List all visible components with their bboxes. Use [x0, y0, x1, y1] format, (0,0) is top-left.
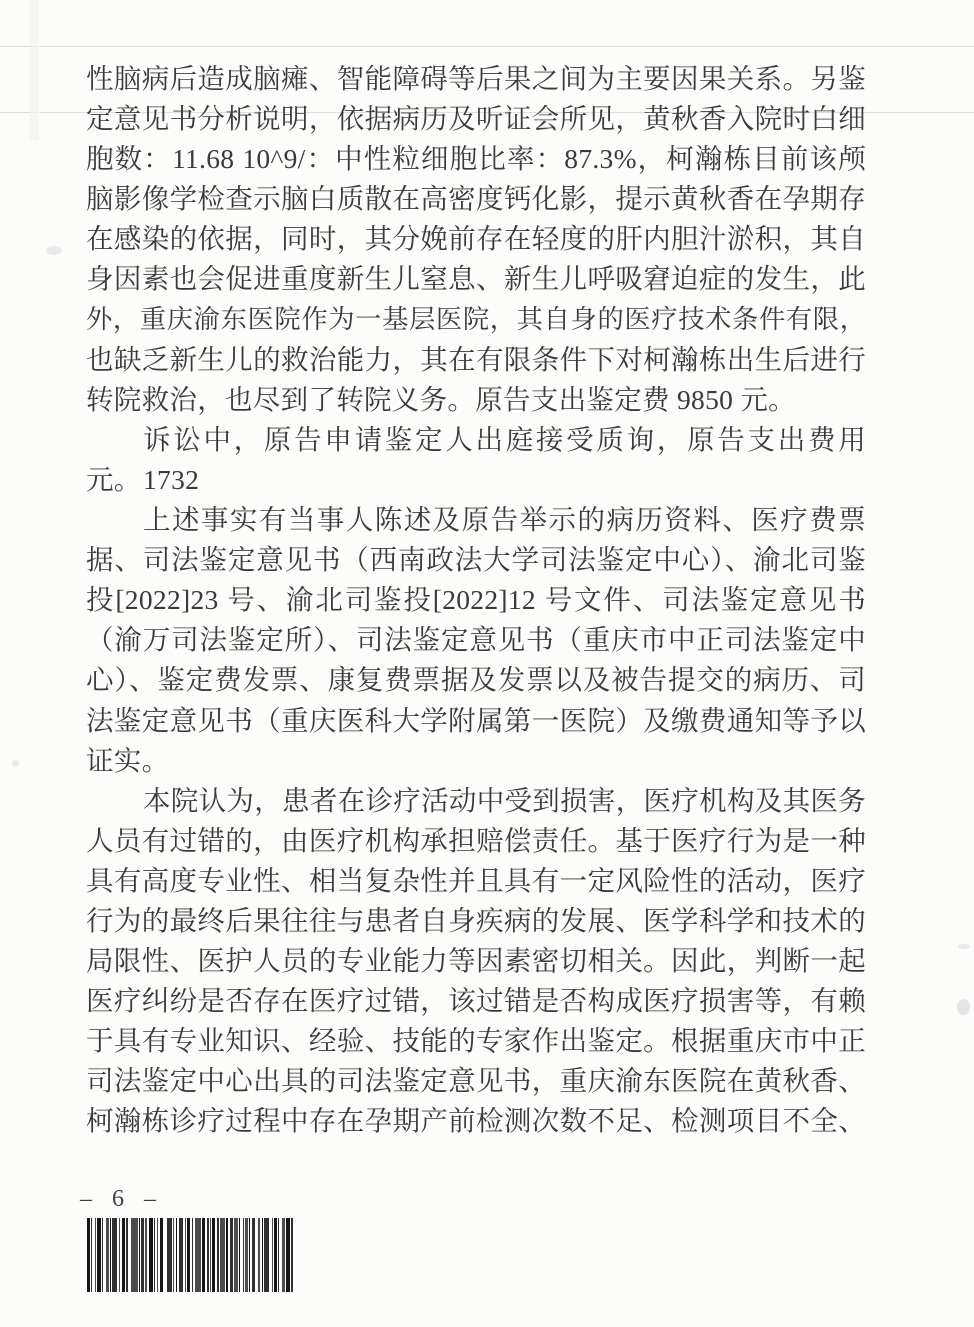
- text-line: 柯瀚栋诊疗过程中存在孕期产前检测次数不足、检测项目不全、: [86, 1101, 866, 1141]
- text-line: 性脑病后造成脑瘫、智能障碍等后果之间为主要因果关系。另鉴: [86, 59, 866, 99]
- text-line: 法鉴定意见书（重庆医科大学附属第一医院）及缴费通知等予以: [86, 701, 866, 741]
- scan-artifact-line: [0, 46, 974, 47]
- scan-smudge: [30, 0, 39, 140]
- text-line: 身因素也会促进重度新生儿窒息、新生儿呼吸窘迫症的发生，此: [86, 259, 866, 299]
- scan-smudge: [958, 944, 970, 949]
- text-line: 行为的最终后果往往与患者自身疾病的发展、医学科学和技术的: [86, 901, 866, 941]
- text-line: 局限性、医护人员的专业能力等因素密切相关。因此，判断一起: [86, 941, 866, 981]
- scan-smudge: [957, 999, 970, 1015]
- text-line: （渝万司法鉴定所）、司法鉴定意见书（重庆市中正司法鉴定中: [86, 620, 866, 660]
- page-number: – 6 –: [80, 1186, 160, 1213]
- text-line: 具有高度专业性、相当复杂性并且具有一定风险性的活动，医疗: [86, 861, 866, 901]
- text-line: 外，重庆渝东医院作为一基层医院，其自身的医疗技术条件有限，: [86, 300, 866, 340]
- text-line: 医疗纠纷是否存在医疗过错，该过错是否构成医疗损害等，有赖: [86, 981, 866, 1021]
- text-line: 元。: [86, 460, 866, 500]
- text-line: 定意见书分析说明，依据病历及听证会所见，黄秋香入院时白细: [86, 99, 866, 139]
- text-block: 性脑病后造成脑瘫、智能障碍等后果之间为主要因果关系。另鉴 定意见书分析说明，依据…: [86, 59, 866, 1142]
- text-line: 投[2022]23 号、渝北司鉴投[2022]12 号文件、司法鉴定意见书: [86, 580, 866, 620]
- text-line: 心）、鉴定费发票、康复费票据及发票以及被告提交的病历、司: [86, 660, 866, 700]
- text-line: 于具有专业知识、经验、技能的专家作出鉴定。根据重庆市中正: [86, 1021, 866, 1061]
- text-line: 上述事实有当事人陈述及原告举示的病历资料、医疗费票: [86, 500, 866, 540]
- scan-smudge: [46, 246, 62, 255]
- text-line: 也缺乏新生儿的救治能力，其在有限条件下对柯瀚栋出生后进行: [86, 340, 866, 380]
- document-page: 性脑病后造成脑瘫、智能障碍等后果之间为主要因果关系。另鉴 定意见书分析说明，依据…: [0, 0, 974, 1327]
- text-line: 胞数：11.68 10^9/：中性粒细胞比率：87.3%，柯瀚栋目前该颅: [86, 139, 866, 179]
- text-line: 诉讼中，原告申请鉴定人出庭接受质询，原告支出费用 1732: [86, 420, 866, 460]
- text-line: 人员有过错的，由医疗机构承担赔偿责任。基于医疗行为是一种: [86, 821, 866, 861]
- text-line: 在感染的依据，同时，其分娩前存在轻度的肝内胆汁淤积，其自: [86, 219, 866, 259]
- text-line: 据、司法鉴定意见书（西南政法大学司法鉴定中心）、渝北司鉴: [86, 540, 866, 580]
- text-line: 转院救治，也尽到了转院义务。原告支出鉴定费 9850 元。: [86, 380, 866, 420]
- text-line: 司法鉴定中心出具的司法鉴定意见书，重庆渝东医院在黄秋香、: [86, 1061, 866, 1101]
- text-line: 脑影像学检查示脑白质散在高密度钙化影，提示黄秋香在孕期存: [86, 179, 866, 219]
- text-line: 证实。: [86, 741, 866, 781]
- scan-smudge: [12, 760, 19, 767]
- barcode: [87, 1218, 294, 1292]
- text-line: 本院认为，患者在诊疗活动中受到损害，医疗机构及其医务: [86, 781, 866, 821]
